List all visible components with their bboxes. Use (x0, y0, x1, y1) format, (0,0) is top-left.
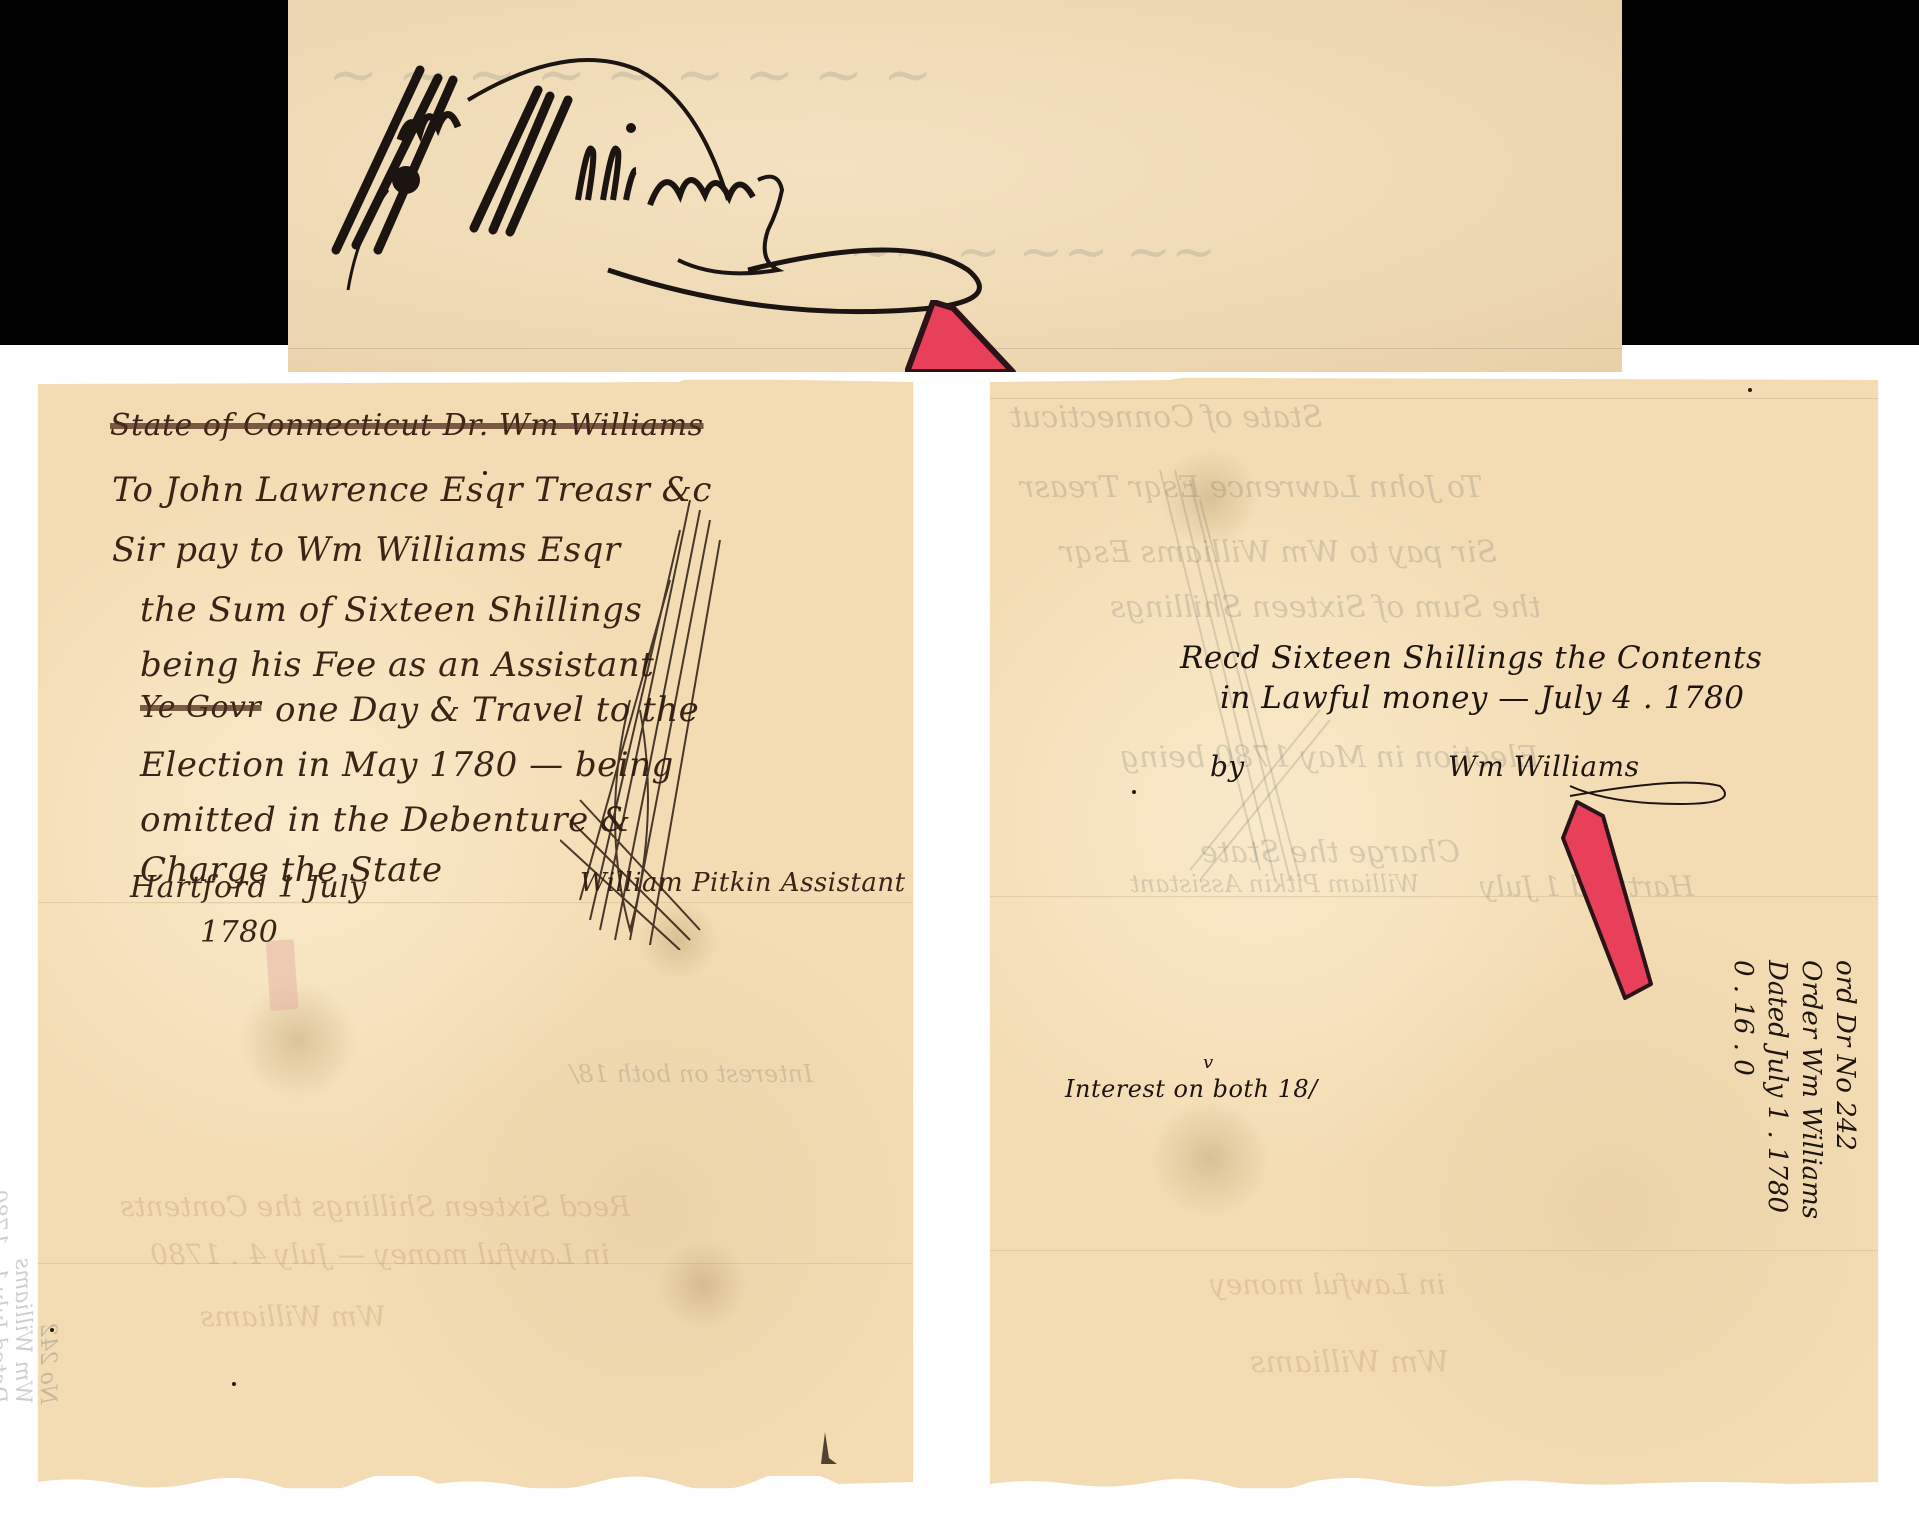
front-line-7: omitted in the Debenture & (140, 800, 631, 840)
front-bleed-interest-note: Interest on both 18/ (570, 1060, 813, 1088)
torn-bottom-edge (990, 1476, 1878, 1494)
ink-spot (232, 1382, 236, 1386)
front-year: 1780 (200, 915, 278, 950)
front-heading-struck: State of Connecticut Dr. Wm Williams (110, 408, 704, 443)
paper-stain-2 (658, 1240, 748, 1330)
docket-line-1: ord Dr No 242 (1828, 960, 1862, 1219)
back-interest-note: Interest on both 18/ (1065, 1075, 1318, 1103)
front-place-date: Hartford 1 July (130, 870, 367, 905)
back-docket-endorsement: ord Dr No 242 Order Wm Williams Dated Ju… (1726, 960, 1862, 1219)
front-struck-word: Ye Govr (140, 690, 261, 725)
inset-red-pointer-icon (905, 300, 1045, 372)
front-bleed-docket: No 242 Wm Williams Dated July 1 . 1780 0… (0, 990, 60, 1204)
torn-top-edge (990, 372, 1878, 388)
front-cancellation-hatch (560, 500, 740, 950)
fold-line-2 (990, 1250, 1878, 1252)
front-bleed-receipt-1: Recd Sixteen Shillings the Contents (120, 1190, 630, 1223)
back-red-pointer-icon (1555, 796, 1665, 1006)
back-interest-mark: v (1203, 1052, 1214, 1073)
back-receipt-by: by (1210, 750, 1245, 783)
back-receipt-line-2: in Lawful money — July 4 . 1780 (1220, 680, 1745, 716)
front-ink-blot (815, 1428, 845, 1468)
docket-line-4: 0 . 16 . 0 (1726, 960, 1760, 1219)
ink-spot (1132, 790, 1136, 794)
paper-stain-2 (1150, 1098, 1270, 1218)
back-bleed-heading: State of Connecticut (1010, 400, 1323, 435)
front-bleed-receipt-2: in Lawful money — July 4 . 1780 (150, 1238, 610, 1271)
ink-spot (483, 471, 487, 475)
torn-bottom-edge (38, 1476, 913, 1494)
front-line-2: Sir pay to Wm Williams Esqr (112, 530, 621, 570)
back-receipt-line-1: Recd Sixteen Shillings the Contents (1180, 640, 1762, 676)
back-bleed-bottom-2: Wm Williams (1250, 1345, 1449, 1380)
docket-line-3: Dated July 1 . 1780 (1760, 960, 1794, 1219)
back-bleed-bottom-1: in Lawful money (1210, 1268, 1445, 1301)
ink-spot (1748, 388, 1752, 392)
torn-top-edge (38, 374, 913, 390)
ink-spot (50, 1328, 54, 1332)
paper-stain-1 (238, 980, 358, 1100)
docket-line-2: Order Wm Williams (1794, 960, 1828, 1219)
back-crease-line (990, 398, 1878, 399)
front-bleed-receipt-signature: Wm Williams (200, 1300, 386, 1333)
fold-line-1 (990, 896, 1878, 898)
